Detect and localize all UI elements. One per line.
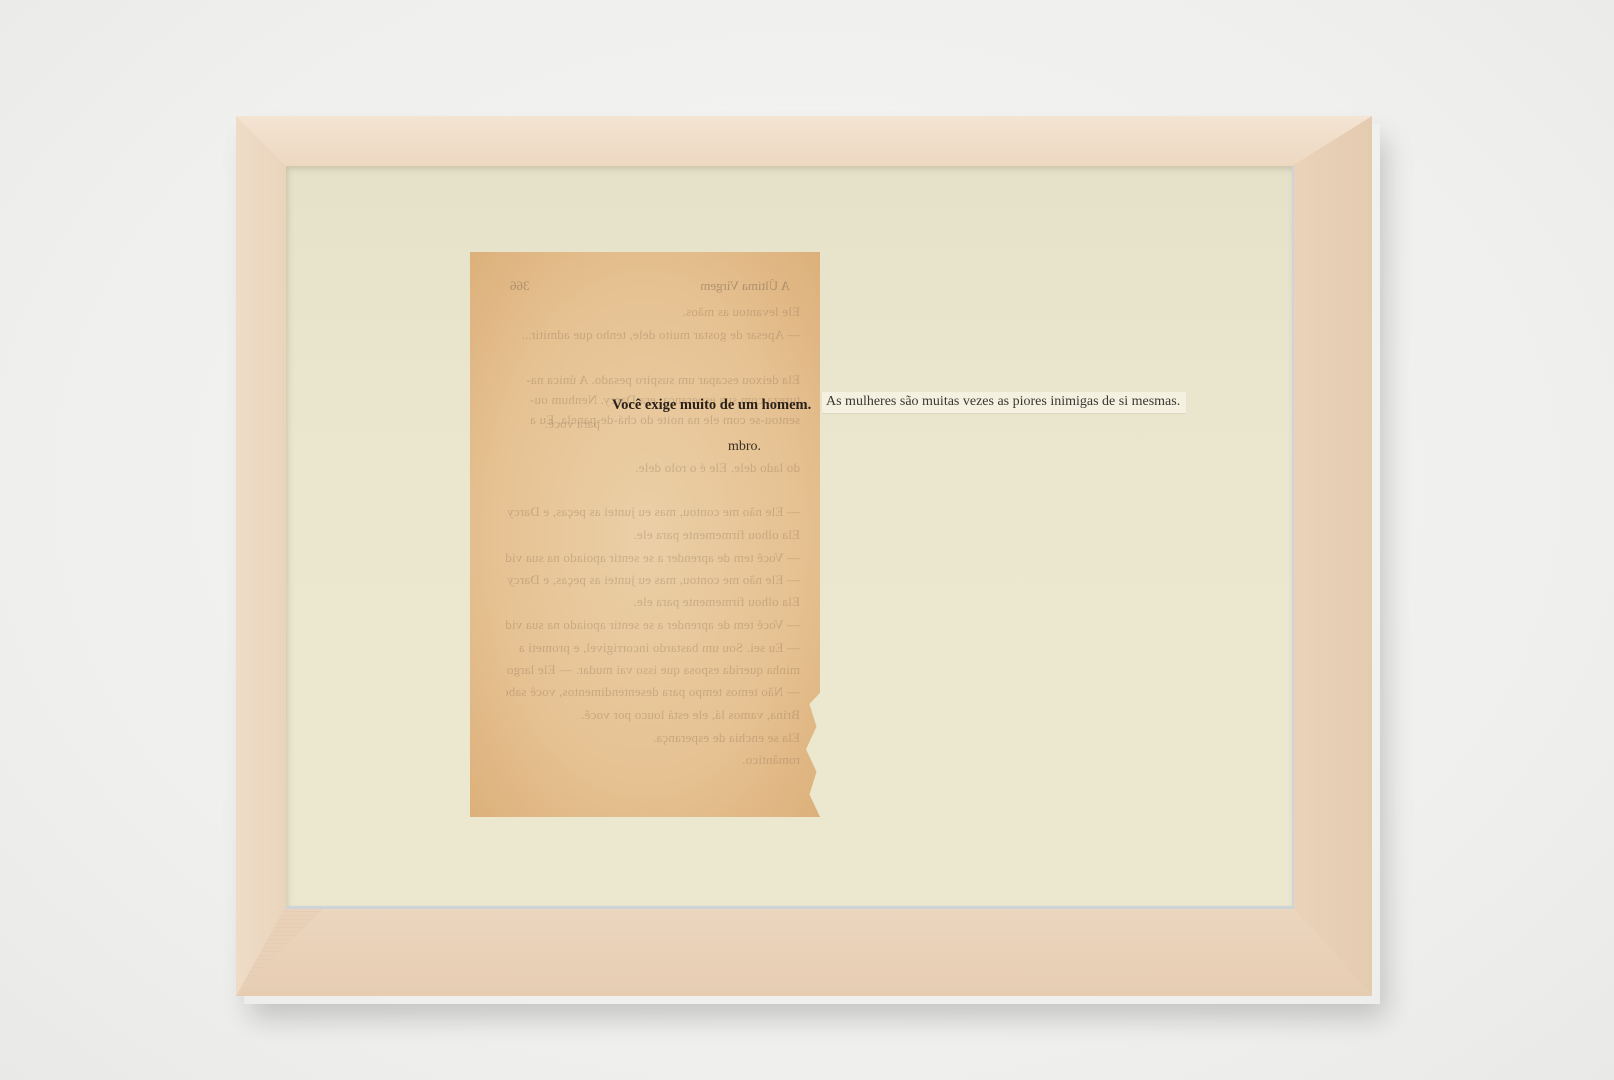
caption-strip: As mulheres são muitas vezes as piores i… (822, 392, 1186, 413)
ghost-line: Brina, vamos lá, ele está louco por você… (506, 707, 800, 723)
highlighted-sentence: Você exige muito de um homem. (612, 397, 811, 414)
ghost-line: Ela olhou firmemente para ele. (506, 594, 800, 610)
ghost-line: Ele levantou as mãos. (506, 304, 800, 320)
ghost-line: sentou-se com ele na noite do chá-de-pan… (506, 412, 800, 428)
ghost-line: Ela deixou escapar um suspiro pesado. A … (506, 372, 800, 388)
ghost-line: Ela se enchia de esperança. (506, 730, 800, 746)
ghost-line: — Ele não me contou, mas eu juntei as pe… (506, 572, 800, 588)
frame-top-rail (236, 116, 1372, 166)
visible-fragment: mbro. (728, 439, 761, 455)
aged-book-page: A Última Virgem 366 Ele levantou as mãos… (470, 252, 820, 817)
frame-bottom-rail (236, 906, 1372, 996)
ghost-line: — Apesar de gostar muito dele, tenho que… (506, 327, 800, 343)
ghost-line: — Você tem de aprender a se sentir apoia… (506, 617, 800, 633)
running-head: A Última Virgem (700, 278, 790, 294)
ghost-line: — Não temos tempo para desentendimentos,… (506, 684, 800, 700)
frame-right-rail (1292, 116, 1372, 996)
page-number: 366 (510, 278, 530, 294)
ghost-line: romântico. (670, 752, 800, 768)
ghost-line: Ela olhou firmemente para ele. (506, 527, 800, 543)
ghost-line: — Eu sei. Sou um bastardo incorrigível, … (506, 640, 800, 656)
ghost-line: do lado dele. Ele é o rolo dele. (506, 460, 800, 476)
page-header: A Última Virgem 366 (510, 278, 790, 294)
ghost-line: — Ele não me contou, mas eu juntei as pe… (506, 504, 800, 520)
ghost-line: minha querida esposa que isso vai mudar.… (506, 662, 800, 678)
frame-left-rail (236, 116, 286, 996)
ghost-line: — Você tem de aprender a se sentir apoia… (506, 550, 800, 566)
